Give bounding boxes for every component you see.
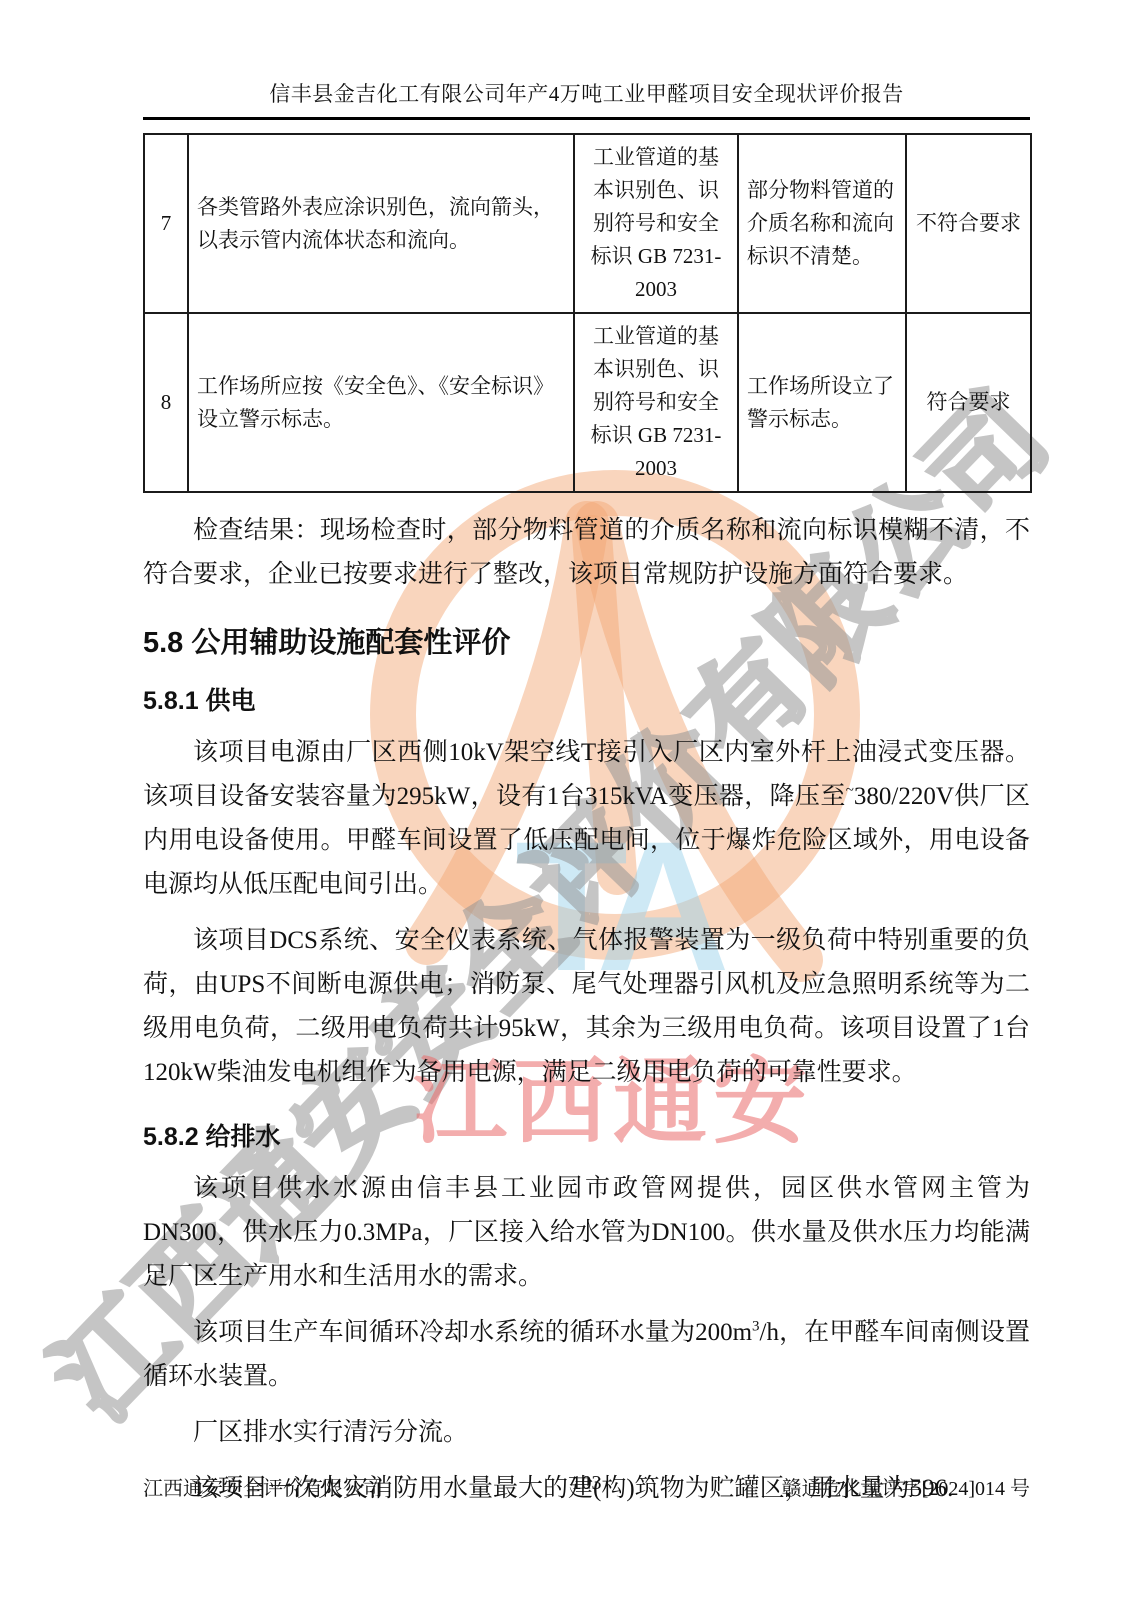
check-result-cell: 不符合要求	[906, 134, 1031, 313]
paragraph-water-3: 厂区排水实行清污分流。	[143, 1411, 1030, 1455]
header-rule	[143, 117, 1030, 120]
check-basis: 工业管道的基本识别色、识别符号和安全标识 GB 7231-2003	[574, 134, 738, 313]
section-heading-5-8-2: 5.8.2 给排水	[143, 1123, 1030, 1151]
table-row: 7 各类管路外表应涂识别色，流向箭头，以表示管内流体状态和流向。 工业管道的基本…	[144, 134, 1031, 313]
document-page: TA 江西通安安全评价有限公司 江西通安 信丰县金吉化工有限公司年产4万吨工业甲…	[0, 0, 1131, 1600]
paragraph-power-1: 该项目电源由厂区西侧10kV架空线T接引入厂区内室外杆上油浸式变压器。该项目设备…	[143, 731, 1030, 907]
page-content: 信丰县金吉化工有限公司年产4万吨工业甲醛项目安全现状评价报告 7 各类管路外表应…	[0, 78, 1131, 1511]
section-heading-5-8: 5.8 公用辅助设施配套性评价	[143, 627, 1030, 659]
paragraph-water-2: 该项目生产车间循环冷却水系统的循环水量为200m3/h，在甲醛车间南侧设置循环水…	[143, 1311, 1030, 1399]
power-1-sup: ~	[846, 783, 854, 799]
page-footer: 103 江西通安安全评价有限公司 赣通危化现评字[2024]014 号	[143, 1472, 1030, 1501]
footer-company: 江西通安安全评价有限公司	[143, 1472, 383, 1501]
section-heading-5-8-1: 5.8.1 供电	[143, 687, 1030, 715]
check-status: 部分物料管道的介质名称和流向标识不清楚。	[738, 134, 906, 313]
footer-doc-number: 赣通危化现评字[2024]014 号	[782, 1472, 1030, 1501]
table-row: 8 工作场所应按《安全色》、《安全标识》设立警示标志。 工业管道的基本识别色、识…	[144, 313, 1031, 492]
inspection-table: 7 各类管路外表应涂识别色，流向箭头，以表示管内流体状态和流向。 工业管道的基本…	[143, 133, 1032, 493]
check-item: 工作场所应按《安全色》、《安全标识》设立警示标志。	[188, 313, 574, 492]
row-number: 8	[144, 313, 188, 492]
water-2-sup: 3	[752, 1319, 760, 1335]
paragraph-check-result: 检查结果：现场检查时，部分物料管道的介质名称和流向标识模糊不清，不符合要求，企业…	[143, 509, 1030, 597]
water-2-text: 该项目生产车间循环冷却水系统的循环水量为200m	[193, 1319, 752, 1346]
check-item: 各类管路外表应涂识别色，流向箭头，以表示管内流体状态和流向。	[188, 134, 574, 313]
check-status: 工作场所设立了警示标志。	[738, 313, 906, 492]
check-result-cell: 符合要求	[906, 313, 1031, 492]
check-basis: 工业管道的基本识别色、识别符号和安全标识 GB 7231-2003	[574, 313, 738, 492]
paragraph-power-2: 该项目DCS系统、安全仪表系统、气体报警装置为一级负荷中特别重要的负荷，由UPS…	[143, 919, 1030, 1095]
paragraph-water-1: 该项目供水水源由信丰县工业园市政管网提供，园区供水管网主管为DN300，供水压力…	[143, 1167, 1030, 1299]
document-header-title: 信丰县金吉化工有限公司年产4万吨工业甲醛项目安全现状评价报告	[143, 78, 1030, 108]
row-number: 7	[144, 134, 188, 313]
